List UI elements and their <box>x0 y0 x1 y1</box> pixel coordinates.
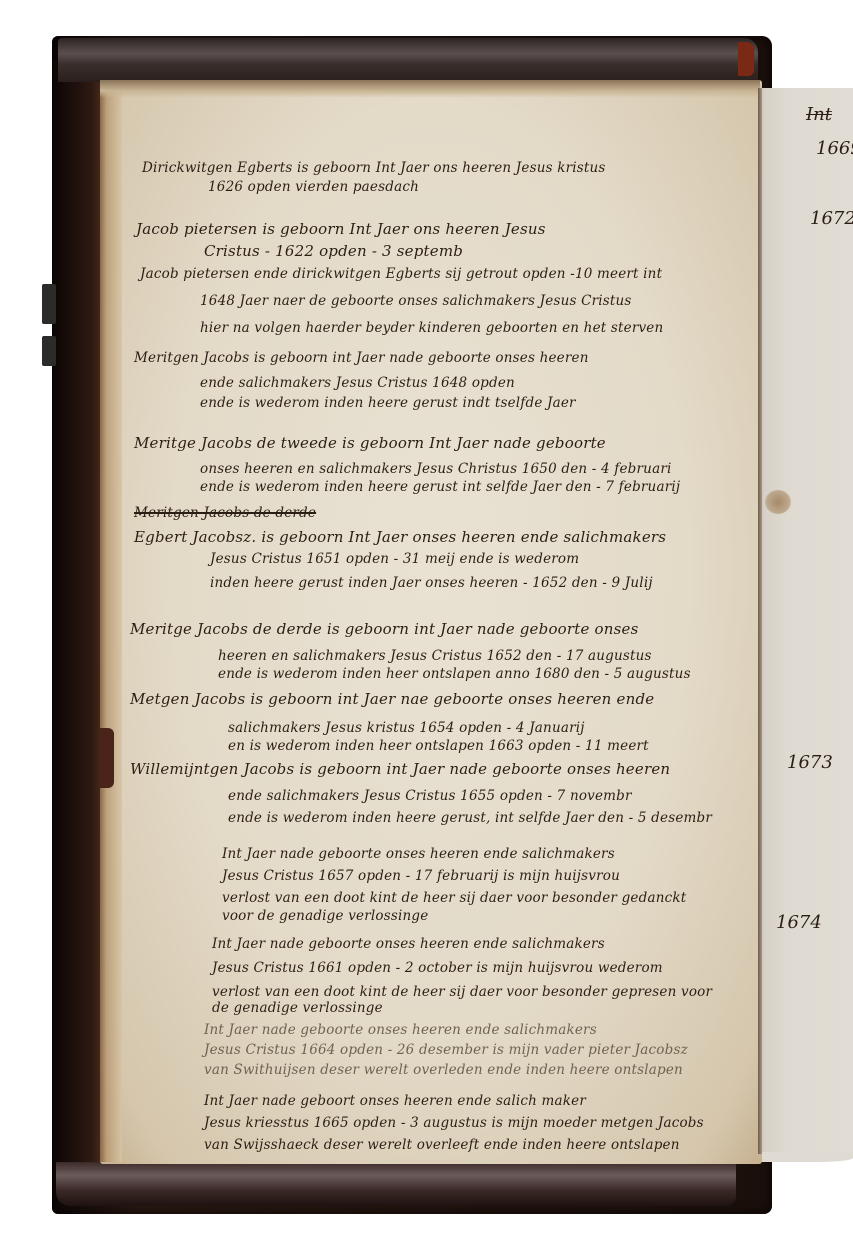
page-worn-edge <box>100 82 122 1162</box>
entry-line: Jesus Cristus 1651 opden - 31 meij ende … <box>210 553 579 567</box>
entry-line: 1648 Jaer naer de geboorte onses salichm… <box>200 295 632 309</box>
entry-line: ende salichmakers Jesus Cristus 1655 opd… <box>228 790 632 804</box>
clasp-icon <box>42 336 56 366</box>
entry-line: hier na volgen haerder beyder kinderen g… <box>200 322 663 336</box>
entry-line: onses heeren en salichmakers Jesus Chris… <box>200 463 672 477</box>
entry-line: Jesus Cristus 1657 opden - 17 februarij … <box>222 870 620 884</box>
faded-entry-line: van Swithuijsen deser werelt overleden e… <box>204 1064 683 1078</box>
entry-line: de genadige verlossinge <box>212 1002 383 1016</box>
entry-line: heeren en salichmakers Jesus Cristus 165… <box>218 650 652 664</box>
entry-line: Egbert Jacobsz. is geboorn Int Jaer onse… <box>134 530 666 545</box>
entry-line: Willemijntgen Jacobs is geboorn int Jaer… <box>130 762 670 777</box>
entry-line: en is wederom inden heer ontslapen 1663 … <box>228 740 649 754</box>
page-top-edge <box>100 80 760 98</box>
entry-line: Meritge Jacobs de tweede is geboorn Int … <box>134 436 606 451</box>
binding-bottom-edge <box>56 1162 736 1206</box>
margin-note-year: 1674 <box>776 912 822 933</box>
entry-line: verlost van een doot kint de heer sij da… <box>222 892 686 906</box>
entry-line: Jacob pietersen ende dirickwitgen Egbert… <box>140 268 662 282</box>
entry-line: salichmakers Jesus kristus 1654 opden - … <box>228 722 585 736</box>
entry-line: Int Jaer nade geboorte onses heeren ende… <box>212 938 605 952</box>
entry-line: ende salichmakers Jesus Cristus 1648 opd… <box>200 377 515 391</box>
entry-line: voor de genadige verlossinge <box>222 910 428 924</box>
entry-line: Jacob pietersen is geboorn Int Jaer ons … <box>136 222 546 237</box>
entry-line: 1626 opden vierden paesdach <box>208 181 419 195</box>
entry-line: Cristus - 1622 opden - 3 septemb <box>204 244 463 259</box>
margin-note-year: 1669 <box>816 138 853 159</box>
ink-stain <box>765 490 791 514</box>
facing-page <box>758 88 853 1154</box>
entry-line: ende is wederom inden heere gerust int s… <box>200 481 680 495</box>
entry-line: Dirickwitgen Egberts is geboorn Int Jaer… <box>142 162 606 176</box>
entry-line: Jesus Cristus 1661 opden - 2 october is … <box>212 962 663 976</box>
page-tear <box>100 728 114 788</box>
entry-line: Metgen Jacobs is geboorn int Jaer nae ge… <box>130 692 654 707</box>
entry-line: Int Jaer nade geboort onses heeren ende … <box>204 1095 586 1109</box>
binding-spine-edge <box>52 60 102 1190</box>
binding-top-edge <box>58 38 758 82</box>
binding-torn-corner <box>738 42 754 76</box>
entry-line: Meritge Jacobs de derde is geboorn int J… <box>130 622 639 637</box>
entry-line: Meritgen Jacobs is geboorn int Jaer nade… <box>134 352 589 366</box>
margin-note-year: 1673 <box>787 752 833 773</box>
gutter <box>758 88 762 1154</box>
entry-line: van Swijsshaeck deser werelt overleeft e… <box>204 1139 680 1153</box>
entry-line: inden heere gerust inden Jaer onses heer… <box>210 577 653 591</box>
entry-line: verlost van een doot kint de heer sij da… <box>212 986 712 1000</box>
faded-entry-line: Jesus Cristus 1664 opden - 26 desember i… <box>204 1044 688 1058</box>
entry-line: Int Jaer nade geboorte onses heeren ende… <box>222 848 615 862</box>
struck-entry-line: Meritgen Jacobs de derde <box>134 507 316 521</box>
entry-line: ende is wederom inden heere gerust indt … <box>200 397 576 411</box>
margin-note-year: 1672 <box>810 208 853 229</box>
clasp-icon <box>42 284 56 324</box>
entry-line: Jesus kriesstus 1665 opden - 3 augustus … <box>204 1117 704 1131</box>
entry-line: ende is wederom inden heer ontslapen ann… <box>218 668 691 682</box>
faded-entry-line: Int Jaer nade geboorte onses heeren ende… <box>204 1024 597 1038</box>
margin-note: Int <box>806 104 832 125</box>
entry-line: ende is wederom inden heere gerust, int … <box>228 812 712 826</box>
